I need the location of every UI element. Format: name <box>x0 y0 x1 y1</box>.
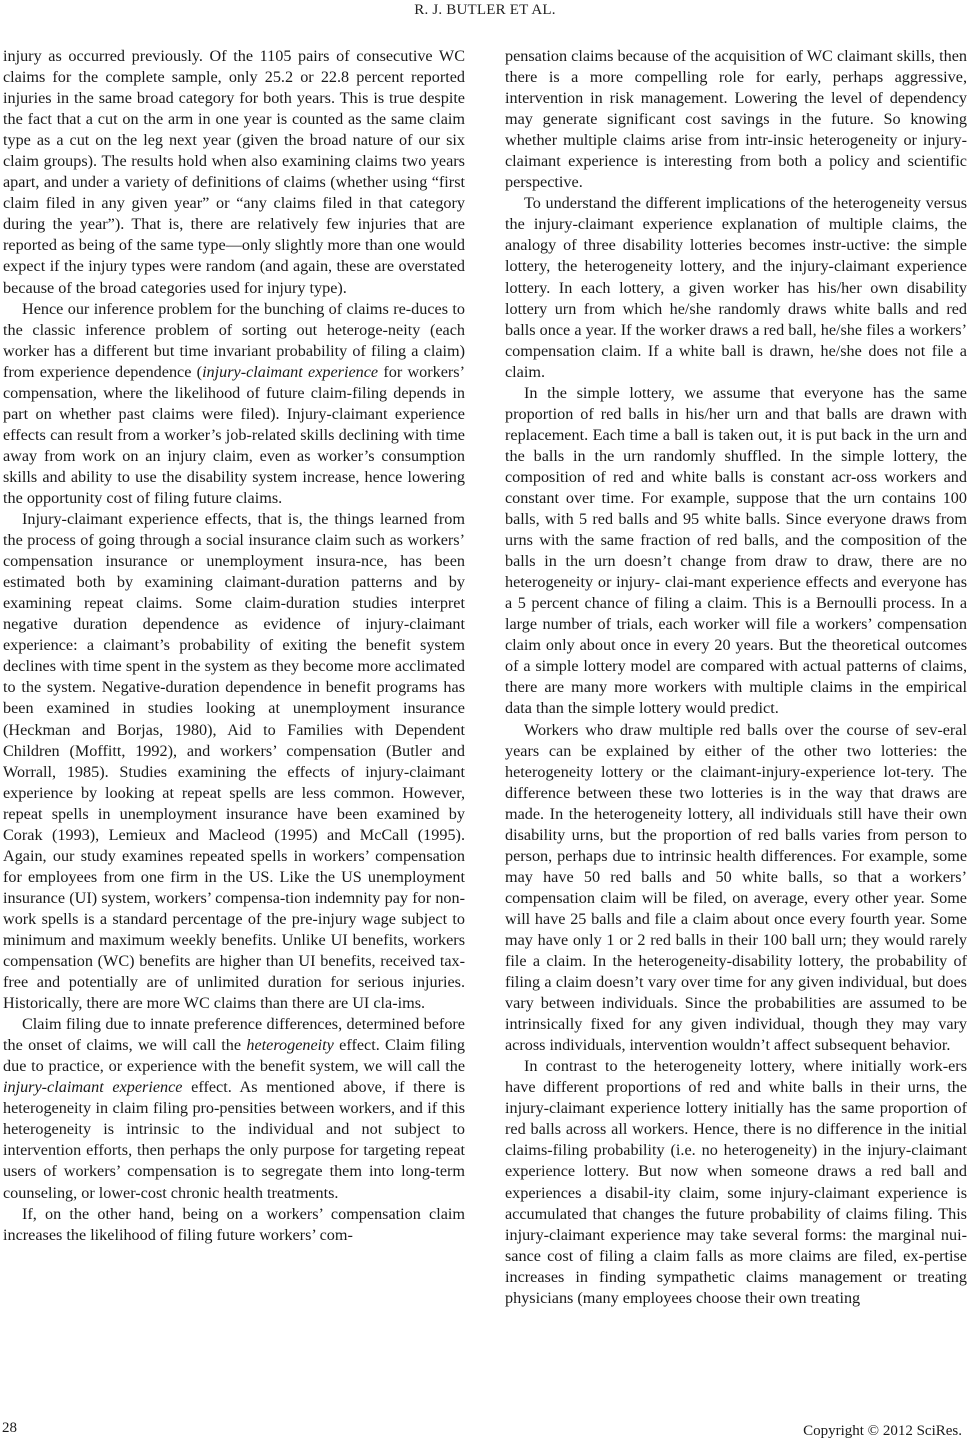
paragraph: In the simple lottery, we assume that ev… <box>505 383 967 720</box>
right-column: pensation claims because of the acquisit… <box>505 46 967 1309</box>
page-number: 28 <box>2 1420 17 1437</box>
paragraph: To understand the different implications… <box>505 193 967 382</box>
paragraph-text: To understand the different implications… <box>505 194 967 380</box>
paragraph-text: In the simple lottery, we assume that ev… <box>505 384 967 718</box>
paragraph-text: Injury-claimant experience effects, that… <box>3 510 465 1012</box>
paragraph-text: injury as occurred previously. Of the 11… <box>3 47 465 297</box>
paragraph: Workers who draw multiple red balls over… <box>505 720 967 1057</box>
copyright-notice: Copyright © 2012 SciRes. <box>803 1423 962 1440</box>
paragraph: pensation claims because of the acquisit… <box>505 46 967 193</box>
paragraph-text: In contrast to the heterogeneity lottery… <box>505 1057 967 1307</box>
paragraph-text: for workers’ compensation, where the lik… <box>3 363 465 507</box>
paragraph-text: pensation claims because of the acquisit… <box>505 47 967 191</box>
italic-term: injury-claimant experience <box>3 1078 182 1096</box>
paragraph: Claim filing due to innate preference di… <box>3 1014 465 1203</box>
paragraph-text: Workers who draw multiple red balls over… <box>505 721 967 1055</box>
paragraph: Injury-claimant experience effects, that… <box>3 509 465 1014</box>
paragraph: In contrast to the heterogeneity lottery… <box>505 1056 967 1309</box>
paragraph-text: If, on the other hand, being on a worker… <box>3 1205 465 1244</box>
paragraph: If, on the other hand, being on a worker… <box>3 1204 465 1246</box>
paragraph: Hence our inference problem for the bunc… <box>3 299 465 509</box>
running-head: R. J. BUTLER ET AL. <box>0 2 970 19</box>
italic-term: heterogeneity <box>246 1036 334 1054</box>
italic-term: injury-claimant experience <box>202 363 378 381</box>
paragraph-text: effect. As mentioned above, if there is … <box>3 1078 465 1201</box>
left-column: injury as occurred previously. Of the 11… <box>3 46 465 1246</box>
paragraph: injury as occurred previously. Of the 11… <box>3 46 465 299</box>
